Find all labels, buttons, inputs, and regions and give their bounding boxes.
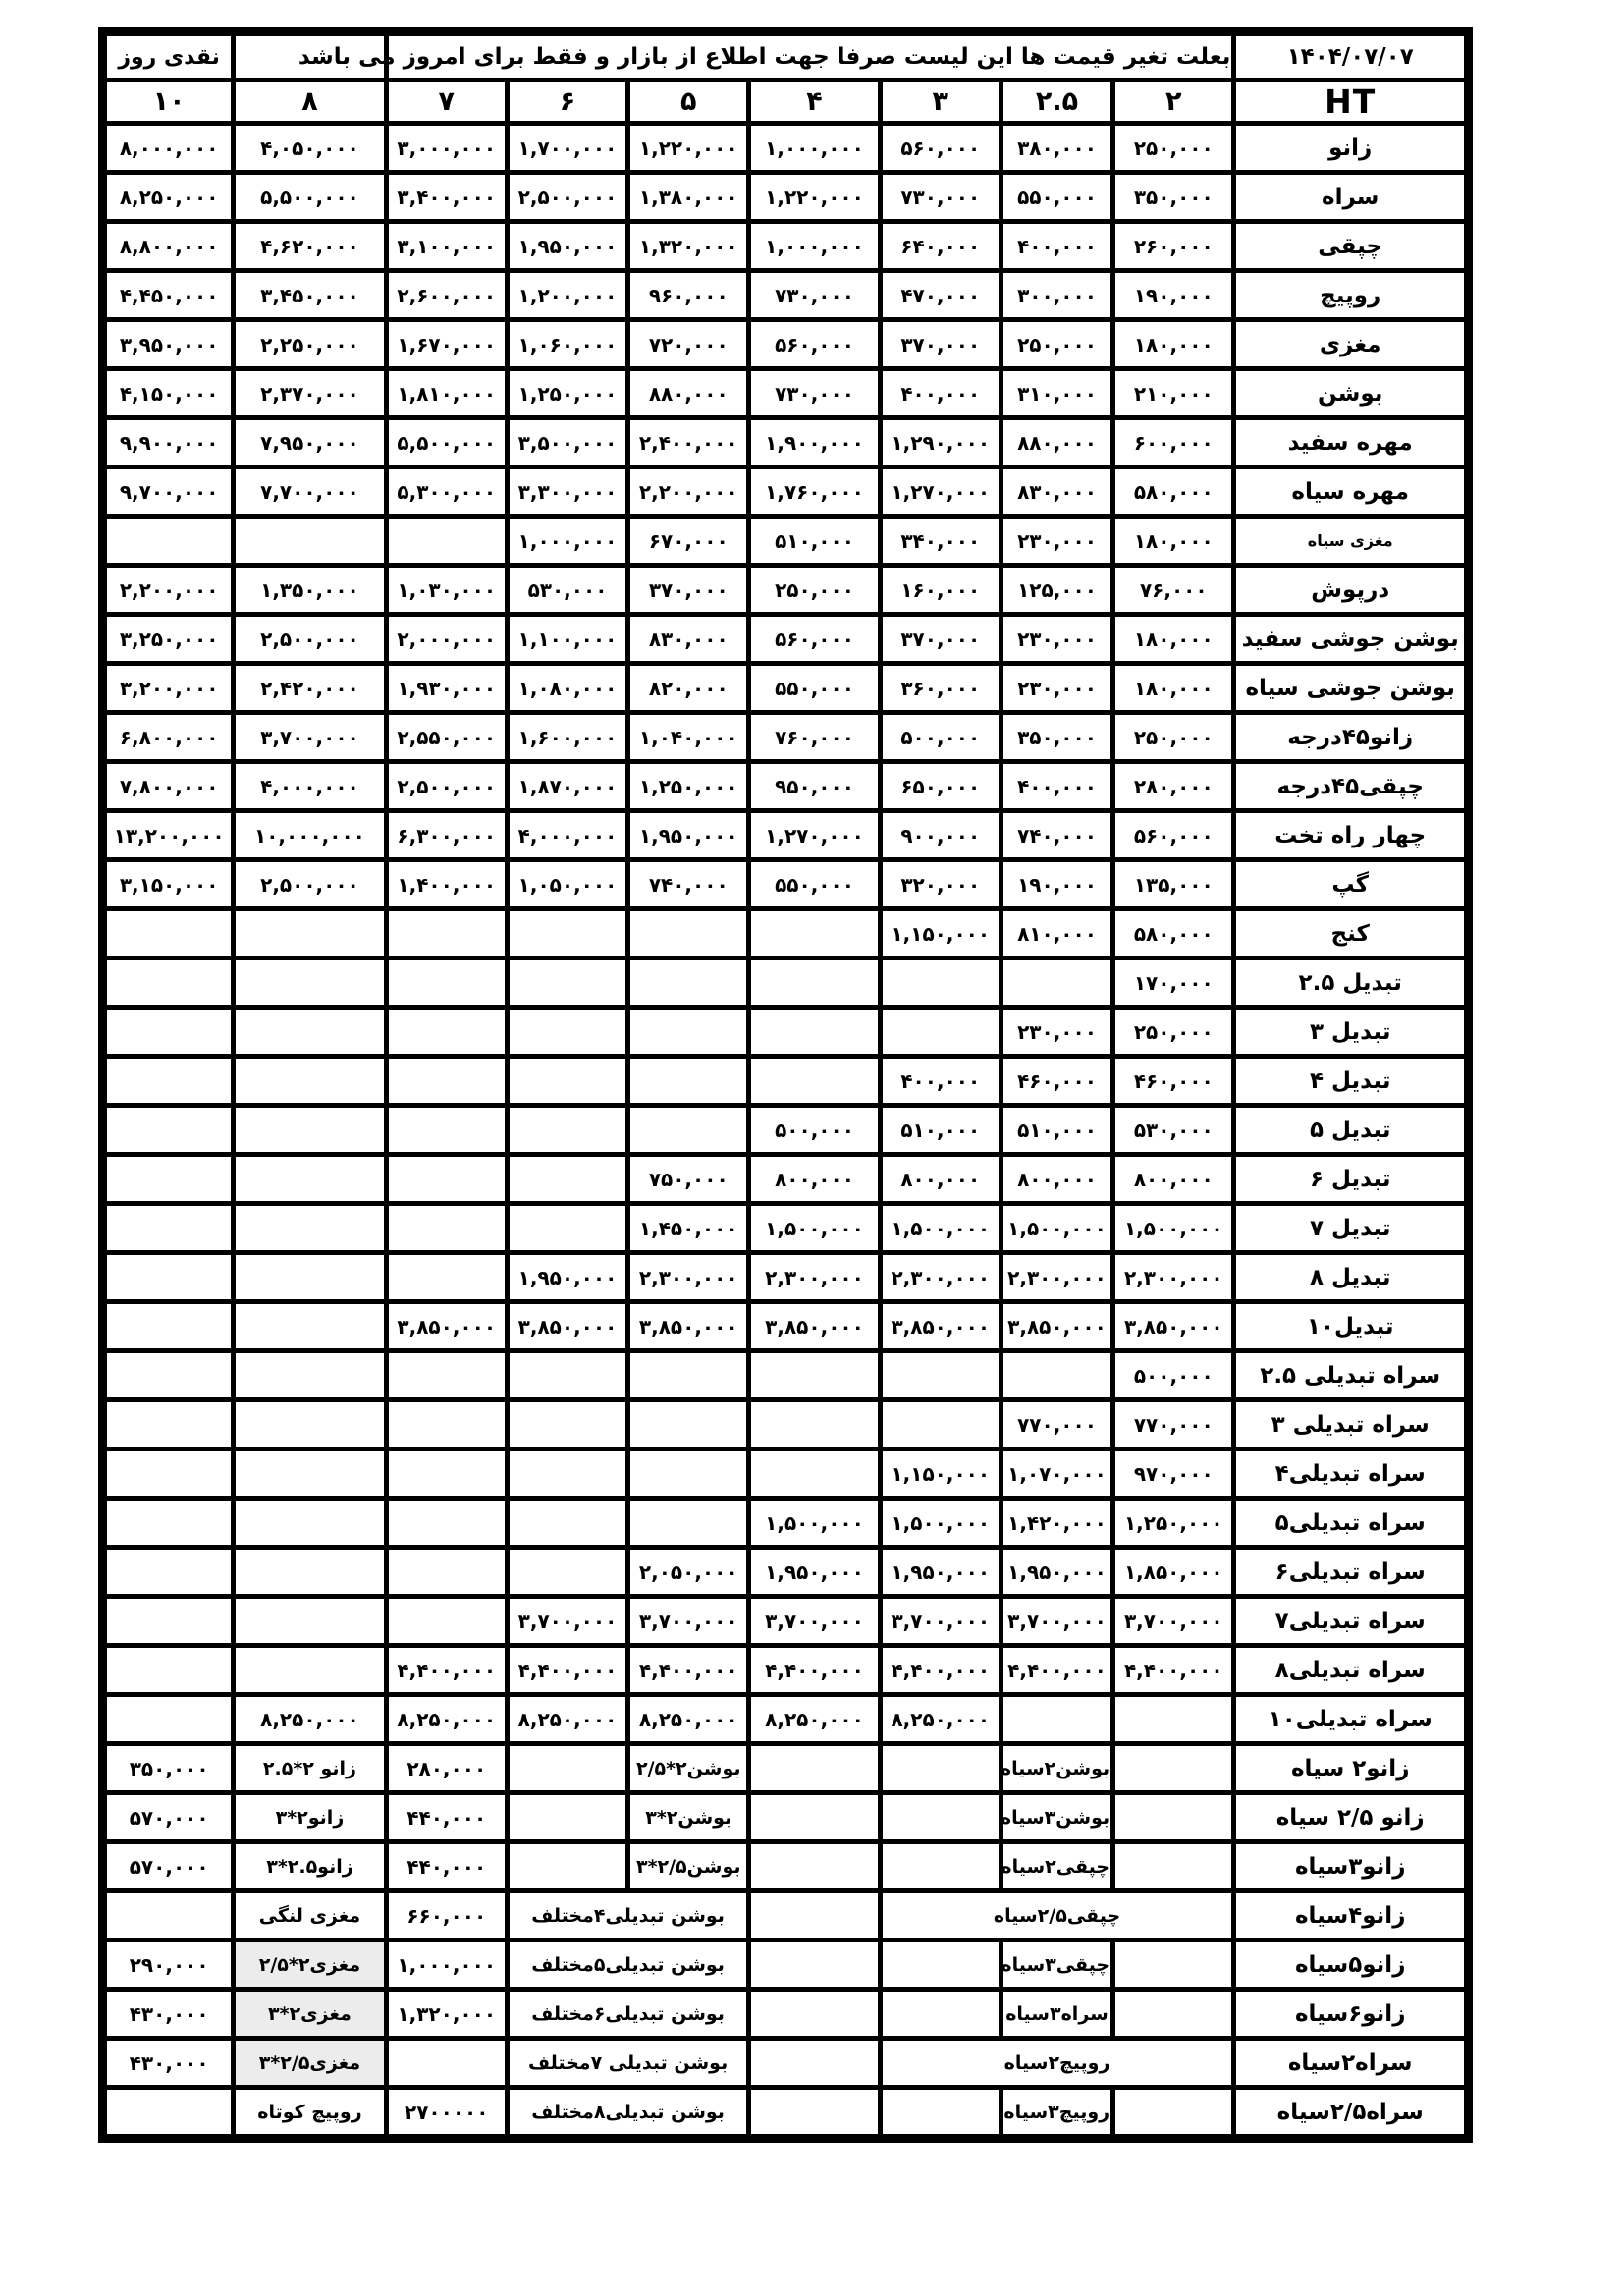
price-cell: ۲,۳۰۰,۰۰۰: [1001, 1253, 1112, 1302]
price-cell: ۴,۰۵۰,۰۰۰: [234, 124, 386, 173]
price-cell: ۳,۷۰۰,۰۰۰: [1113, 1597, 1234, 1646]
price-cell: ۱,۲۹۰,۰۰۰: [880, 418, 1001, 467]
price-cell: ۱,۵۰۰,۰۰۰: [1001, 1204, 1112, 1253]
table-row: ۳۵۰,۰۰۰زانو ۲*۲.۵۲۸۰,۰۰۰بوشن۲*۲/۵بوشن۲سی…: [103, 1744, 1469, 1793]
size-col-header-5: ۵: [628, 81, 749, 124]
price-cell: ۲,۵۰۰,۰۰۰: [234, 615, 386, 664]
empty-cell: [234, 1351, 386, 1400]
product-name: سراه: [1234, 173, 1469, 222]
table-row: ۲۹۰,۰۰۰مغزی۲*۲/۵۱,۰۰۰,۰۰۰بوشن تبدیلی۵مخت…: [103, 1941, 1469, 1990]
product-name: زانو۶سیاه: [1234, 1990, 1469, 2039]
product-name: سراه تبدیلی۷: [1234, 1597, 1469, 1646]
table-row: ۱,۹۵۰,۰۰۰۲,۳۰۰,۰۰۰۲,۳۰۰,۰۰۰۲,۳۰۰,۰۰۰۲,۳۰…: [103, 1253, 1469, 1302]
product-name: بوشن جوشی سیاه: [1234, 664, 1469, 713]
price-cell: ۳,۷۰۰,۰۰۰: [234, 713, 386, 762]
price-cell: ۳,۱۰۰,۰۰۰: [386, 222, 507, 271]
price-cell: ۱,۰۰۰,۰۰۰: [749, 222, 880, 271]
empty-cell: [386, 1155, 507, 1204]
table-row: ۸,۲۵۰,۰۰۰۸,۲۵۰,۰۰۰۸,۲۵۰,۰۰۰۸,۲۵۰,۰۰۰۸,۲۵…: [103, 1695, 1469, 1744]
product-name: کنج: [1234, 909, 1469, 958]
table-row: ۴,۱۵۰,۰۰۰۲,۳۷۰,۰۰۰۱,۸۱۰,۰۰۰۱,۲۵۰,۰۰۰۸۸۰,…: [103, 369, 1469, 418]
price-cell: ۳۵۰,۰۰۰: [103, 1744, 234, 1793]
empty-cell: [103, 958, 234, 1008]
price-cell: ۱,۶۰۰,۰۰۰: [507, 713, 627, 762]
price-cell: ۴,۰۰۰,۰۰۰: [507, 811, 627, 860]
price-cell: ۸,۲۵۰,۰۰۰: [386, 1695, 507, 1744]
label-cell: روپیچ۲سیاه: [880, 2039, 1234, 2088]
price-cell: ۵,۵۰۰,۰۰۰: [386, 418, 507, 467]
empty-cell: [628, 1449, 749, 1499]
label-cell: چپقی۲/۵سیاه: [880, 1891, 1234, 1941]
empty-cell: [880, 1842, 1001, 1891]
price-cell: ۲۳۰,۰۰۰: [1001, 664, 1112, 713]
table-row: ۳,۸۵۰,۰۰۰۳,۸۵۰,۰۰۰۳,۸۵۰,۰۰۰۳,۸۵۰,۰۰۰۳,۸۵…: [103, 1302, 1469, 1351]
price-cell: ۷,۷۰۰,۰۰۰: [234, 467, 386, 517]
empty-cell: [628, 1008, 749, 1057]
empty-cell: [103, 1548, 234, 1597]
price-cell: ۴۰۰,۰۰۰: [1001, 222, 1112, 271]
price-cell: ۲,۳۰۰,۰۰۰: [628, 1253, 749, 1302]
price-cell: ۵۰۰,۰۰۰: [749, 1106, 880, 1155]
price-cell: ۹۵۰,۰۰۰: [749, 762, 880, 811]
table-row: ۶,۸۰۰,۰۰۰۳,۷۰۰,۰۰۰۲,۵۵۰,۰۰۰۱,۶۰۰,۰۰۰۱,۰۴…: [103, 713, 1469, 762]
product-name: تبدیل۱۰: [1234, 1302, 1469, 1351]
price-cell: ۸۰۰,۰۰۰: [1001, 1155, 1112, 1204]
empty-cell: [749, 1057, 880, 1106]
empty-cell: [234, 1548, 386, 1597]
label-cell: روپیچ کوتاه: [234, 2088, 386, 2139]
label-cell: بوشن تبدیلی۸مختلف: [507, 2088, 749, 2139]
empty-cell: [628, 909, 749, 958]
empty-cell: [749, 1990, 880, 2039]
price-cell: ۱,۱۵۰,۰۰۰: [880, 909, 1001, 958]
empty-cell: [103, 1597, 234, 1646]
price-cell: ۵۸۰,۰۰۰: [1113, 467, 1234, 517]
table-row: ۴۳۰,۰۰۰مغزی۲/۵*۳بوشن تبدیلی ۷مختلفروپیچ۲…: [103, 2039, 1469, 2088]
empty-cell: [880, 958, 1001, 1008]
price-cell: ۱۳,۲۰۰,۰۰۰: [103, 811, 234, 860]
product-name: زانو ۲/۵ سیاه: [1234, 1793, 1469, 1842]
price-cell: ۲۳۰,۰۰۰: [1001, 615, 1112, 664]
label-cell: سراه۳سیاه: [1001, 1990, 1112, 2039]
price-cell: ۱,۰۰۰,۰۰۰: [749, 124, 880, 173]
empty-cell: [103, 1695, 234, 1744]
price-cell: ۳,۵۰۰,۰۰۰: [507, 418, 627, 467]
price-cell: ۲,۴۰۰,۰۰۰: [628, 418, 749, 467]
empty-cell: [628, 1057, 749, 1106]
header-row-notice: نقدی روز بعلت تغیر قیمت ها این لیست صرفا…: [103, 32, 1469, 81]
size-col-header-2: ۲: [1113, 81, 1234, 124]
price-cell: ۹,۹۰۰,۰۰۰: [103, 418, 234, 467]
empty-cell: [103, 1449, 234, 1499]
price-cell: ۲,۴۲۰,۰۰۰: [234, 664, 386, 713]
price-cell: ۲,۲۵۰,۰۰۰: [234, 320, 386, 369]
price-cell: ۱,۲۰۰,۰۰۰: [507, 271, 627, 320]
product-name: سراه تبدیلی۶: [1234, 1548, 1469, 1597]
price-cell: ۸۳۰,۰۰۰: [1001, 467, 1112, 517]
price-cell: ۸۸۰,۰۰۰: [1001, 418, 1112, 467]
empty-cell: [507, 1499, 627, 1548]
product-name: چپقی: [1234, 222, 1469, 271]
table-row: ۳,۱۵۰,۰۰۰۲,۵۰۰,۰۰۰۱,۴۰۰,۰۰۰۱,۰۵۰,۰۰۰۷۴۰,…: [103, 860, 1469, 909]
table-row: ۸,۲۵۰,۰۰۰۵,۵۰۰,۰۰۰۳,۴۰۰,۰۰۰۲,۵۰۰,۰۰۰۱,۳۸…: [103, 173, 1469, 222]
product-name: مهره سیاه: [1234, 467, 1469, 517]
price-cell: ۳,۰۰۰,۰۰۰: [386, 124, 507, 173]
table-row: مغزی لنگی۶۶۰,۰۰۰بوشن تبدیلی۴مختلفچپقی۲/۵…: [103, 1891, 1469, 1941]
label-cell: بوشن تبدیلی۶مختلف: [507, 1990, 749, 2039]
empty-cell: [386, 1204, 507, 1253]
empty-cell: [749, 1449, 880, 1499]
empty-cell: [234, 517, 386, 566]
price-cell: ۱,۰۰۰,۰۰۰: [386, 1941, 507, 1990]
size-col-header-2-5: ۲.۵: [1001, 81, 1112, 124]
price-cell: ۵۰۰,۰۰۰: [1113, 1351, 1234, 1400]
empty-cell: [386, 1253, 507, 1302]
price-cell: ۱,۳۲۰,۰۰۰: [628, 222, 749, 271]
empty-cell: [880, 1793, 1001, 1842]
price-cell: ۳۶۰,۰۰۰: [880, 664, 1001, 713]
price-cell: ۱,۳۵۰,۰۰۰: [234, 566, 386, 615]
header-row-sizes: ۱۰ ۸ ۷ ۶ ۵ ۴ ۳ ۲.۵ ۲ HT: [103, 81, 1469, 124]
price-cell: ۲,۵۰۰,۰۰۰: [234, 860, 386, 909]
product-name: سراه تبدیلی ۳: [1234, 1400, 1469, 1449]
price-cell: ۱,۰۰۰,۰۰۰: [507, 517, 627, 566]
price-cell: ۱,۲۵۰,۰۰۰: [507, 369, 627, 418]
product-name: درپوش: [1234, 566, 1469, 615]
price-cell: ۴۴۰,۰۰۰: [386, 1793, 507, 1842]
price-cell: ۴۶۰,۰۰۰: [1001, 1057, 1112, 1106]
price-cell: ۸,۲۵۰,۰۰۰: [103, 173, 234, 222]
table-row: ۷,۸۰۰,۰۰۰۴,۰۰۰,۰۰۰۲,۵۰۰,۰۰۰۱,۸۷۰,۰۰۰۱,۲۵…: [103, 762, 1469, 811]
table-row: ۹,۷۰۰,۰۰۰۷,۷۰۰,۰۰۰۵,۳۰۰,۰۰۰۳,۳۰۰,۰۰۰۲,۲۰…: [103, 467, 1469, 517]
price-cell: ۱,۰۵۰,۰۰۰: [507, 860, 627, 909]
price-cell: ۳۷۰,۰۰۰: [628, 566, 749, 615]
price-cell: ۲۳۰,۰۰۰: [1001, 517, 1112, 566]
price-cell: ۱,۷۶۰,۰۰۰: [749, 467, 880, 517]
empty-cell: [234, 1400, 386, 1449]
price-cell: ۱,۸۱۰,۰۰۰: [386, 369, 507, 418]
empty-cell: [103, 1106, 234, 1155]
product-name: تبدیل ۴: [1234, 1057, 1469, 1106]
empty-cell: [880, 1990, 1001, 2039]
price-cell: ۷۶۰,۰۰۰: [749, 713, 880, 762]
price-cell: ۴,۴۵۰,۰۰۰: [103, 271, 234, 320]
price-cell: ۵۰۰,۰۰۰: [880, 713, 1001, 762]
product-name: تبدیل ۵: [1234, 1106, 1469, 1155]
empty-cell: [749, 2039, 880, 2088]
price-cell: ۶,۸۰۰,۰۰۰: [103, 713, 234, 762]
product-name: گپ: [1234, 860, 1469, 909]
price-cell: ۱,۰۶۰,۰۰۰: [507, 320, 627, 369]
empty-cell: [386, 1548, 507, 1597]
product-name: بوشن جوشی سفید: [1234, 615, 1469, 664]
price-cell: ۳,۸۵۰,۰۰۰: [1001, 1302, 1112, 1351]
date-label: ۱۴۰۴/۰۷/۰۷: [1234, 32, 1469, 81]
price-cell: ۱,۰۳۰,۰۰۰: [386, 566, 507, 615]
product-name: بوشن: [1234, 369, 1469, 418]
price-cell: ۲,۶۰۰,۰۰۰: [386, 271, 507, 320]
price-cell: ۷۴۰,۰۰۰: [628, 860, 749, 909]
empty-cell: [749, 958, 880, 1008]
label-cell: بوشن تبدیلی ۷مختلف: [507, 2039, 749, 2088]
table-row: ۸,۰۰۰,۰۰۰۴,۰۵۰,۰۰۰۳,۰۰۰,۰۰۰۱,۷۰۰,۰۰۰۱,۲۲…: [103, 124, 1469, 173]
empty-cell: [507, 1842, 627, 1891]
empty-cell: [749, 1891, 880, 1941]
price-cell: ۷۳۰,۰۰۰: [749, 369, 880, 418]
empty-cell: [386, 1106, 507, 1155]
price-cell: ۴,۴۰۰,۰۰۰: [880, 1646, 1001, 1695]
price-cell: ۲,۳۰۰,۰۰۰: [1113, 1253, 1234, 1302]
price-cell: ۹۶۰,۰۰۰: [628, 271, 749, 320]
table-row: ۱,۱۵۰,۰۰۰۱,۰۷۰,۰۰۰۹۷۰,۰۰۰سراه تبدیلی۴: [103, 1449, 1469, 1499]
empty-cell: [749, 1400, 880, 1449]
table-row: ۱۳,۲۰۰,۰۰۰۱۰,۰۰۰,۰۰۰۶,۳۰۰,۰۰۰۴,۰۰۰,۰۰۰۱,…: [103, 811, 1469, 860]
price-cell: ۱۲۵,۰۰۰: [1001, 566, 1112, 615]
empty-cell: [507, 1204, 627, 1253]
price-cell: ۲۵۰,۰۰۰: [1001, 320, 1112, 369]
price-cell: ۱,۲۷۰,۰۰۰: [880, 467, 1001, 517]
empty-cell: [628, 1106, 749, 1155]
empty-cell: [103, 2088, 234, 2139]
empty-cell: [749, 1008, 880, 1057]
price-cell: ۳,۴۵۰,۰۰۰: [234, 271, 386, 320]
label-cell: بوشن۲*۲/۵: [628, 1744, 749, 1793]
label-cell: بوشن۲/۵*۳: [628, 1842, 749, 1891]
price-cell: ۱۰,۰۰۰,۰۰۰: [234, 811, 386, 860]
label-cell: چپقی۳سیاه: [1001, 1941, 1112, 1990]
price-cell: ۴۰۰,۰۰۰: [880, 369, 1001, 418]
price-cell: ۴۷۰,۰۰۰: [880, 271, 1001, 320]
empty-cell: [103, 1891, 234, 1941]
price-cell: ۱۸۰,۰۰۰: [1113, 320, 1234, 369]
price-cell: ۱,۸۷۰,۰۰۰: [507, 762, 627, 811]
empty-cell: [628, 1351, 749, 1400]
empty-cell: [1001, 1695, 1112, 1744]
price-cell: ۱,۹۰۰,۰۰۰: [749, 418, 880, 467]
price-cell: ۱,۲۵۰,۰۰۰: [628, 762, 749, 811]
empty-cell: [507, 1400, 627, 1449]
empty-cell: [749, 909, 880, 958]
price-cell: ۴,۰۰۰,۰۰۰: [234, 762, 386, 811]
price-cell: ۸,۲۵۰,۰۰۰: [749, 1695, 880, 1744]
empty-cell: [103, 1351, 234, 1400]
price-cell: ۱,۰۴۰,۰۰۰: [628, 713, 749, 762]
empty-cell: [234, 909, 386, 958]
empty-cell: [386, 1351, 507, 1400]
table-row: ۹,۹۰۰,۰۰۰۷,۹۵۰,۰۰۰۵,۵۰۰,۰۰۰۳,۵۰۰,۰۰۰۲,۴۰…: [103, 418, 1469, 467]
empty-cell: [628, 1499, 749, 1548]
empty-cell: [234, 1204, 386, 1253]
price-table-body: نقدی روز بعلت تغیر قیمت ها این لیست صرفا…: [103, 32, 1469, 2139]
price-cell: ۱۹۰,۰۰۰: [1113, 271, 1234, 320]
price-cell: ۳,۸۵۰,۰۰۰: [386, 1302, 507, 1351]
price-cell: ۱,۵۰۰,۰۰۰: [1113, 1204, 1234, 1253]
price-cell: ۸,۰۰۰,۰۰۰: [103, 124, 234, 173]
price-cell: ۴,۴۰۰,۰۰۰: [507, 1646, 627, 1695]
table-row: ۱,۵۰۰,۰۰۰۱,۵۰۰,۰۰۰۱,۴۲۰,۰۰۰۱,۲۵۰,۰۰۰سراه…: [103, 1499, 1469, 1548]
scanned-price-list-page: { "header": { "date": "۱۴۰۴/۰۷/۰۷", "not…: [0, 0, 1623, 2296]
price-cell: ۲۶۰,۰۰۰: [1113, 222, 1234, 271]
price-cell: ۳,۷۰۰,۰۰۰: [749, 1597, 880, 1646]
price-cell: ۸۲۰,۰۰۰: [628, 664, 749, 713]
price-cell: ۱,۲۲۰,۰۰۰: [628, 124, 749, 173]
empty-cell: [386, 958, 507, 1008]
size-col-header-4: ۴: [749, 81, 880, 124]
product-name: سراه تبدیلی۸: [1234, 1646, 1469, 1695]
price-cell: ۸,۸۰۰,۰۰۰: [103, 222, 234, 271]
empty-cell: [103, 1008, 234, 1057]
empty-cell: [507, 1744, 627, 1793]
price-cell: ۸۳۰,۰۰۰: [628, 615, 749, 664]
size-col-header-3: ۳: [880, 81, 1001, 124]
empty-cell: [103, 909, 234, 958]
price-cell: ۳۸۰,۰۰۰: [1001, 124, 1112, 173]
price-cell: ۱,۰۸۰,۰۰۰: [507, 664, 627, 713]
price-cell: ۱,۵۰۰,۰۰۰: [749, 1204, 880, 1253]
price-cell: ۲۵۰,۰۰۰: [1113, 713, 1234, 762]
price-cell: ۱,۹۵۰,۰۰۰: [507, 1253, 627, 1302]
price-cell: ۸۰۰,۰۰۰: [880, 1155, 1001, 1204]
empty-cell: [103, 1302, 234, 1351]
empty-cell: [103, 1253, 234, 1302]
price-cell: ۲۷۰۰۰۰۰: [386, 2088, 507, 2139]
table-row: ۵۷۰,۰۰۰زانو۲*۳۴۴۰,۰۰۰بوشن۲*۳بوشن۳سیاهزان…: [103, 1793, 1469, 1842]
price-cell: ۵۶۰,۰۰۰: [749, 615, 880, 664]
price-cell: ۳۵۰,۰۰۰: [1001, 713, 1112, 762]
product-name: چهار راه تخت: [1234, 811, 1469, 860]
price-cell: ۱,۸۵۰,۰۰۰: [1113, 1548, 1234, 1597]
price-cell: ۸۱۰,۰۰۰: [1001, 909, 1112, 958]
empty-cell: [234, 1057, 386, 1106]
product-name: تبدیل ۸: [1234, 1253, 1469, 1302]
price-cell: ۱,۳۲۰,۰۰۰: [386, 1990, 507, 2039]
price-cell: ۲,۲۰۰,۰۰۰: [103, 566, 234, 615]
empty-cell: [507, 1057, 627, 1106]
price-cell: ۳۲۰,۰۰۰: [880, 860, 1001, 909]
label-cell: چپقی۲سیاه: [1001, 1842, 1112, 1891]
label-cell: بوشن۳سیاه: [1001, 1793, 1112, 1842]
price-cell: ۳۱۰,۰۰۰: [1001, 369, 1112, 418]
price-cell: ۱,۹۵۰,۰۰۰: [1001, 1548, 1112, 1597]
table-row: ۳,۷۰۰,۰۰۰۳,۷۰۰,۰۰۰۳,۷۰۰,۰۰۰۳,۷۰۰,۰۰۰۳,۷۰…: [103, 1597, 1469, 1646]
empty-cell: [1113, 1793, 1234, 1842]
price-cell: ۴۰۰,۰۰۰: [1001, 762, 1112, 811]
table-row: ۱۷۰,۰۰۰تبدیل ۲.۵: [103, 958, 1469, 1008]
price-cell: ۸,۲۵۰,۰۰۰: [880, 1695, 1001, 1744]
product-name: سراه تبدیلی۵: [1234, 1499, 1469, 1548]
empty-cell: [880, 1941, 1001, 1990]
table-row: ۳,۲۰۰,۰۰۰۲,۴۲۰,۰۰۰۱,۹۳۰,۰۰۰۱,۰۸۰,۰۰۰۸۲۰,…: [103, 664, 1469, 713]
empty-cell: [234, 1646, 386, 1695]
empty-cell: [386, 1400, 507, 1449]
empty-cell: [749, 1941, 880, 1990]
price-cell: ۳,۷۰۰,۰۰۰: [507, 1597, 627, 1646]
price-cell: ۴۰۰,۰۰۰: [880, 1057, 1001, 1106]
price-cell: ۱۶۰,۰۰۰: [880, 566, 1001, 615]
price-cell: ۸۸۰,۰۰۰: [628, 369, 749, 418]
price-cell: ۷۳۰,۰۰۰: [749, 271, 880, 320]
price-cell: ۵,۳۰۰,۰۰۰: [386, 467, 507, 517]
empty-cell: [1001, 958, 1112, 1008]
empty-cell: [880, 1008, 1001, 1057]
price-cell: ۱,۱۵۰,۰۰۰: [880, 1449, 1001, 1499]
table-row: ۷۷۰,۰۰۰۷۷۰,۰۰۰سراه تبدیلی ۳: [103, 1400, 1469, 1449]
price-cell: ۲۸۰,۰۰۰: [386, 1744, 507, 1793]
label-cell: روپیچ۳سیاه: [1001, 2088, 1112, 2139]
price-cell: ۱,۵۰۰,۰۰۰: [880, 1499, 1001, 1548]
price-cell: ۳,۷۰۰,۰۰۰: [628, 1597, 749, 1646]
product-name: مغزی: [1234, 320, 1469, 369]
price-cell: ۳,۲۰۰,۰۰۰: [103, 664, 234, 713]
product-name: زانو۵سیاه: [1234, 1941, 1469, 1990]
empty-cell: [103, 1400, 234, 1449]
price-cell: ۱۷۰,۰۰۰: [1113, 958, 1234, 1008]
empty-cell: [749, 2088, 880, 2139]
label-cell: بوشن۲سیاه: [1001, 1744, 1112, 1793]
table-row: ۴۳۰,۰۰۰مغزی۲*۳۱,۳۲۰,۰۰۰بوشن تبدیلی۶مختلف…: [103, 1990, 1469, 2039]
price-cell: ۱,۹۵۰,۰۰۰: [628, 811, 749, 860]
product-name: سراه تبدیلی ۲.۵: [1234, 1351, 1469, 1400]
price-table: نقدی روز بعلت تغیر قیمت ها این لیست صرفا…: [98, 27, 1473, 2143]
price-cell: ۵۳۰,۰۰۰: [507, 566, 627, 615]
table-row: ۸,۸۰۰,۰۰۰۴,۶۲۰,۰۰۰۳,۱۰۰,۰۰۰۱,۹۵۰,۰۰۰۱,۳۲…: [103, 222, 1469, 271]
table-row: ۳,۲۵۰,۰۰۰۲,۵۰۰,۰۰۰۲,۰۰۰,۰۰۰۱,۱۰۰,۰۰۰۸۳۰,…: [103, 615, 1469, 664]
price-cell: ۵۵۰,۰۰۰: [1001, 173, 1112, 222]
empty-cell: [234, 1499, 386, 1548]
empty-cell: [507, 1106, 627, 1155]
price-cell: ۲۵۰,۰۰۰: [1113, 1008, 1234, 1057]
price-cell: ۷۴۰,۰۰۰: [1001, 811, 1112, 860]
empty-cell: [880, 1400, 1001, 1449]
product-name: زانو۴۵درجه: [1234, 713, 1469, 762]
price-cell: ۲,۵۰۰,۰۰۰: [386, 762, 507, 811]
price-cell: ۵۵۰,۰۰۰: [749, 860, 880, 909]
price-cell: ۳۷۰,۰۰۰: [880, 615, 1001, 664]
price-cell: ۱,۷۰۰,۰۰۰: [507, 124, 627, 173]
price-cell: ۵۱۰,۰۰۰: [749, 517, 880, 566]
price-cell: ۱,۵۰۰,۰۰۰: [749, 1499, 880, 1548]
product-name: زانو: [1234, 124, 1469, 173]
product-name: سراه۲سیاه: [1234, 2039, 1469, 2088]
empty-cell: [507, 1449, 627, 1499]
empty-cell: [103, 517, 234, 566]
price-cell: ۱۹۰,۰۰۰: [1001, 860, 1112, 909]
label-cell: مغزی۲*۲/۵: [234, 1941, 386, 1990]
price-cell: ۲,۵۰۰,۰۰۰: [507, 173, 627, 222]
empty-cell: [507, 1155, 627, 1204]
empty-cell: [234, 1597, 386, 1646]
price-cell: ۳,۸۵۰,۰۰۰: [880, 1302, 1001, 1351]
price-cell: ۱,۹۵۰,۰۰۰: [507, 222, 627, 271]
empty-cell: [386, 1057, 507, 1106]
table-row: ۱,۰۰۰,۰۰۰۶۷۰,۰۰۰۵۱۰,۰۰۰۳۴۰,۰۰۰۲۳۰,۰۰۰۱۸۰…: [103, 517, 1469, 566]
price-cell: ۸۰۰,۰۰۰: [1113, 1155, 1234, 1204]
price-cell: ۶۰۰,۰۰۰: [1113, 418, 1234, 467]
price-cell: ۷۳۰,۰۰۰: [880, 173, 1001, 222]
price-cell: ۱,۲۲۰,۰۰۰: [749, 173, 880, 222]
empty-cell: [386, 2039, 507, 2088]
price-cell: ۵۱۰,۰۰۰: [1001, 1106, 1112, 1155]
price-cell: ۱,۳۸۰,۰۰۰: [628, 173, 749, 222]
empty-cell: [1113, 2088, 1234, 2139]
price-cell: ۳۷۰,۰۰۰: [880, 320, 1001, 369]
price-cell: ۹۰۰,۰۰۰: [880, 811, 1001, 860]
label-cell: مغزی لنگی: [234, 1891, 386, 1941]
price-cell: ۶۴۰,۰۰۰: [880, 222, 1001, 271]
empty-cell: [386, 1499, 507, 1548]
price-cell: ۲,۳۰۰,۰۰۰: [880, 1253, 1001, 1302]
price-cell: ۳,۷۰۰,۰۰۰: [1001, 1597, 1112, 1646]
